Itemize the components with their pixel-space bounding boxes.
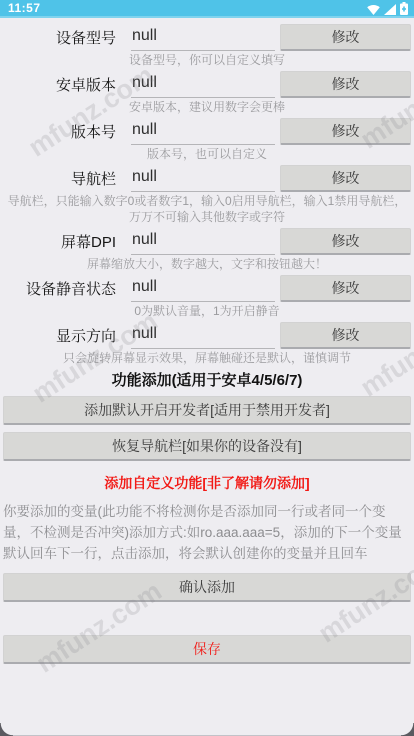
orientation-label: 显示方向 [0, 325, 116, 346]
android-version-value-field[interactable]: null [131, 72, 275, 98]
row-android-version: 安卓版本 null 修改 [0, 71, 414, 98]
device-model-modify-button[interactable]: 修改 [280, 24, 411, 51]
device-model-label: 设备型号 [0, 27, 116, 48]
clock: 11:57 [6, 1, 41, 15]
mute-state-hint: 0为默认音量，1为开启静音 [4, 303, 410, 319]
screen-dpi-modify-button[interactable]: 修改 [280, 228, 411, 255]
android-version-hint: 安卓版本，建议用数字会更棒 [4, 99, 410, 115]
row-orientation: 显示方向 null 修改 [0, 322, 414, 349]
orientation-modify-button[interactable]: 修改 [280, 322, 411, 349]
confirm-add-button[interactable]: 确认添加 [3, 573, 411, 602]
version-number-hint: 版本号，也可以自定义 [4, 146, 410, 162]
signal-icon [384, 4, 396, 15]
wifi-icon [367, 4, 380, 15]
navbar-hint: 导航栏，只能输入数字0或者数字1，输入0启用导航栏，输入1禁用导航栏，万万不可输… [4, 193, 410, 225]
custom-function-description: 你要添加的变量(此功能不将检测你是否添加同一行或者同一个变量，不检测是否冲突)添… [3, 501, 411, 564]
battery-icon [400, 2, 408, 15]
navbar-modify-button[interactable]: 修改 [280, 165, 411, 192]
screen-dpi-value-field[interactable]: null [131, 229, 275, 255]
feature-section-title: 功能添加(适用于安卓4/5/6/7) [0, 369, 414, 390]
mute-state-modify-button[interactable]: 修改 [280, 275, 411, 302]
device-model-hint: 设备型号，你可以自定义填写 [4, 52, 410, 68]
version-number-label: 版本号 [0, 121, 116, 142]
screen-corner [0, 723, 13, 736]
screen-dpi-label: 屏幕DPI [0, 231, 116, 252]
restore-navbar-button[interactable]: 恢复导航栏[如果你的设备没有] [3, 432, 411, 461]
device-model-value-field[interactable]: null [131, 25, 275, 51]
navbar-label: 导航栏 [0, 168, 116, 189]
screen-corner [401, 723, 414, 736]
android-version-modify-button[interactable]: 修改 [280, 71, 411, 98]
android-version-label: 安卓版本 [0, 74, 116, 95]
version-number-modify-button[interactable]: 修改 [280, 118, 411, 145]
status-bar: 11:57 [0, 0, 414, 18]
orientation-value-field[interactable]: null [131, 323, 275, 349]
version-number-value-field[interactable]: null [131, 119, 275, 145]
mute-state-value-field[interactable]: null [131, 276, 275, 302]
screen-dpi-hint: 屏幕缩放大小，数字越大，文字和按钮越大！ [4, 256, 410, 272]
add-developer-button[interactable]: 添加默认开启开发者[适用于禁用开发者] [3, 396, 411, 425]
row-version-number: 版本号 null 修改 [0, 118, 414, 145]
row-device-model: 设备型号 null 修改 [0, 24, 414, 51]
row-mute-state: 设备静音状态 null 修改 [0, 275, 414, 302]
app-screen: mfunz.com mfunz.com mfunz.com mfunz.com … [0, 0, 414, 736]
row-navbar: 导航栏 null 修改 [0, 165, 414, 192]
navbar-value-field[interactable]: null [131, 166, 275, 192]
save-button[interactable]: 保存 [3, 635, 411, 664]
custom-function-title: 添加自定义功能[非了解请勿添加] [0, 473, 414, 493]
orientation-hint: 只会旋转屏幕显示效果，屏幕触碰还是默认，谨慎调节 [4, 350, 410, 366]
row-screen-dpi: 屏幕DPI null 修改 [0, 228, 414, 255]
settings-form: 设备型号 null 修改 设备型号，你可以自定义填写 安卓版本 null 修改 … [0, 18, 414, 664]
mute-state-label: 设备静音状态 [0, 278, 116, 299]
